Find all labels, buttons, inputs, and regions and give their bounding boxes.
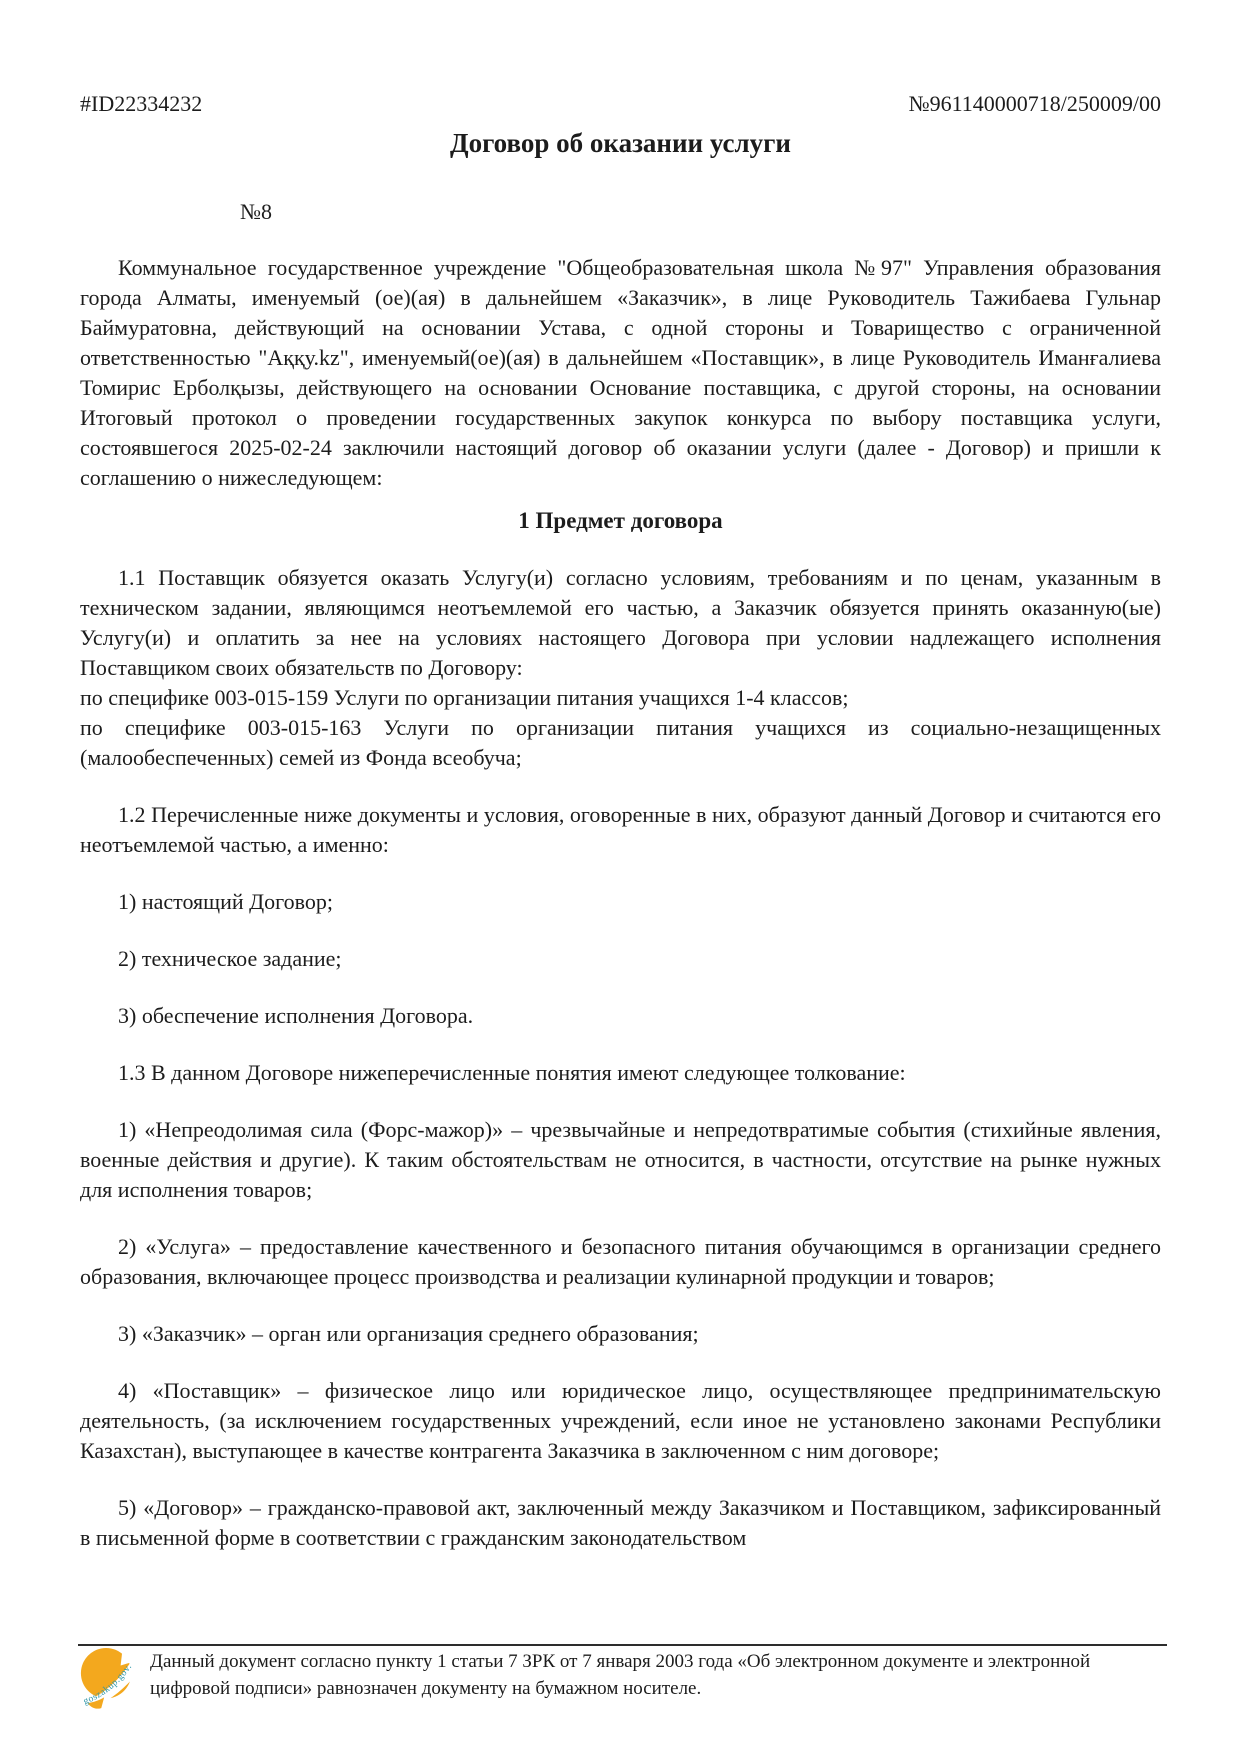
clause-1-2: 1.2 Перечисленные ниже документы и услов… (80, 800, 1161, 860)
contract-page: #ID22334232 №961140000718/250009/00 Дого… (0, 0, 1241, 1754)
list-item-3: 3) обеспечение исполнения Договора. (80, 1001, 1161, 1031)
section-1-heading: 1 Предмет договора (80, 506, 1161, 536)
esign-note: Данный документ согласно пункту 1 статьи… (150, 1646, 1110, 1702)
contract-number: №961140000718/250009/00 (909, 90, 1161, 118)
clause-1-1: 1.1 Поставщик обязуется оказать Услугу(и… (80, 563, 1161, 683)
definition-5: 5) «Договор» – гражданско-правовой акт, … (80, 1493, 1161, 1553)
clause-1-3: 1.3 В данном Договоре нижеперечисленные … (80, 1058, 1161, 1088)
clause-1-1-spec-2: по специфике 003-015-163 Услуги по орган… (80, 713, 1161, 773)
goszakup-logo-icon: goszakup.gov.kz (78, 1646, 140, 1712)
page-title: Договор об оказании услуги (80, 126, 1161, 160)
list-item-1: 1) настоящий Договор; (80, 887, 1161, 917)
definition-1: 1) «Непреодолимая сила (Форс-мажор)» – ч… (80, 1115, 1161, 1205)
document-id: #ID22334232 (80, 90, 202, 118)
intro-paragraph: Коммунальное государственное учреждение … (80, 253, 1161, 493)
clause-1-1-spec-1: по специфике 003-015-159 Услуги по орган… (80, 683, 1161, 713)
definition-3: 3) «Заказчик» – орган или организация ср… (80, 1319, 1161, 1349)
definition-4: 4) «Поставщик» – физическое лицо или юри… (80, 1376, 1161, 1466)
document-number: №8 (240, 198, 1161, 226)
page-content: #ID22334232 №961140000718/250009/00 Дого… (0, 0, 1241, 1553)
esign-footer: goszakup.gov.kz Данный документ согласно… (78, 1646, 1181, 1712)
definition-2: 2) «Услуга» – предоставление качественно… (80, 1232, 1161, 1292)
list-item-2: 2) техническое задание; (80, 944, 1161, 974)
page-header: #ID22334232 №961140000718/250009/00 (80, 90, 1161, 118)
